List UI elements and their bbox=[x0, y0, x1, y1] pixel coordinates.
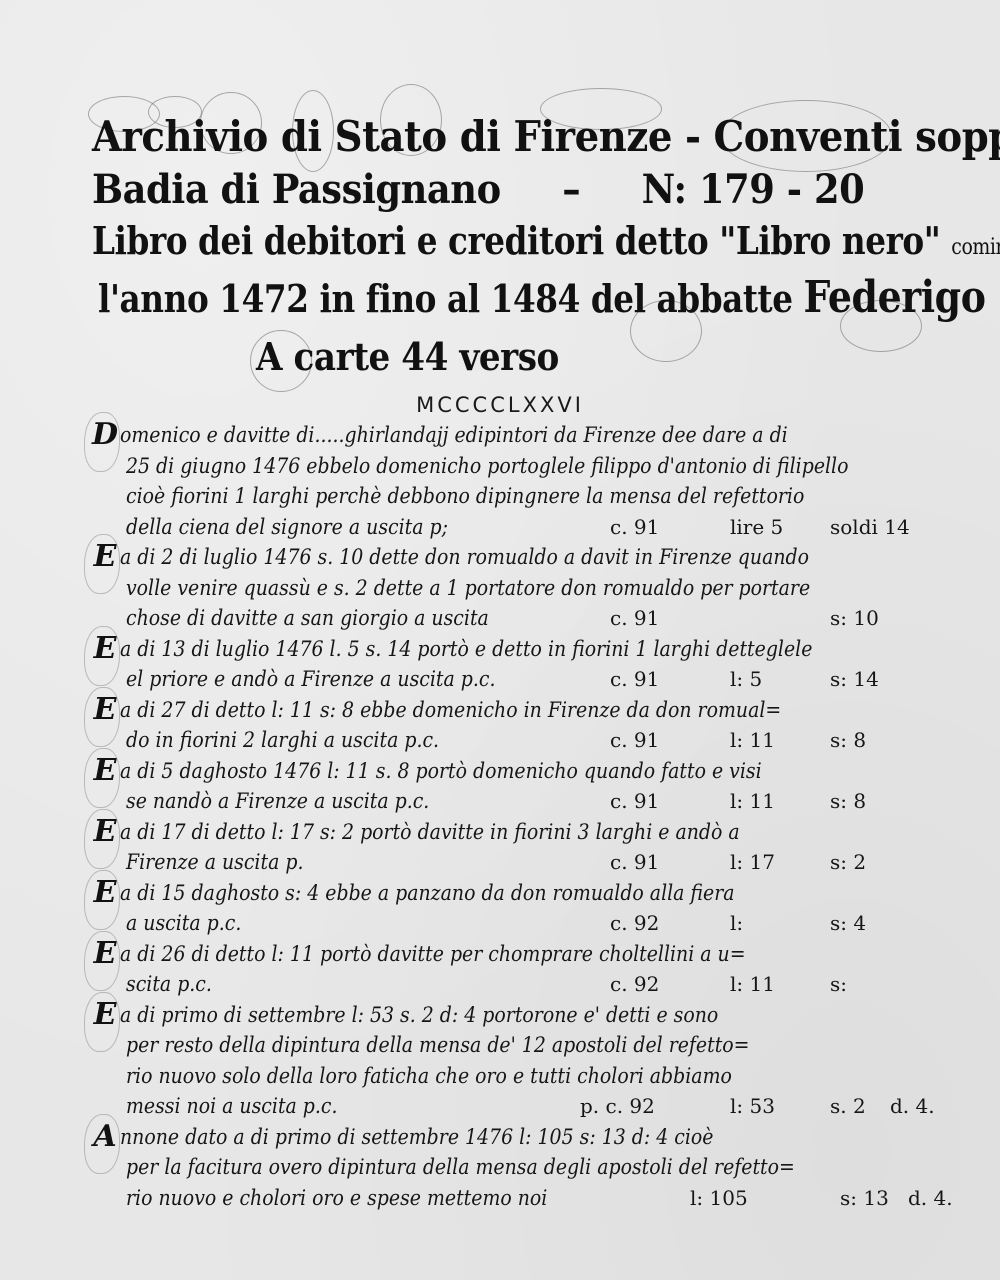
entry-line: do in fiorini 2 larghi a uscita p.c. c. … bbox=[90, 725, 970, 756]
heading-number: N: 179 - 20 bbox=[642, 166, 865, 213]
amount-soldi: s: 8 bbox=[830, 725, 866, 755]
amount-lire: l: 11 bbox=[730, 969, 775, 999]
decorated-initial: E bbox=[90, 693, 120, 727]
ledger-entry: E a di 15 daghosto s: 4 ebbe a panzano d… bbox=[90, 878, 970, 939]
entry-line: della ciena del signore a uscita p; c. 9… bbox=[90, 512, 970, 543]
heading-cominciato: cominciato bbox=[951, 235, 1000, 260]
amount-soldi: s: 14 bbox=[830, 664, 879, 694]
ledger-entries: D omenico e davitte di.....ghirlandajj e… bbox=[90, 420, 970, 1213]
amount-soldi: s: 10 bbox=[830, 603, 879, 633]
entry-line: E a di 13 di luglio 1476 l. 5 s. 14 port… bbox=[90, 634, 970, 665]
amount-carta: c. 91 bbox=[610, 512, 659, 542]
ledger-entry: D omenico e davitte di.....ghirlandajj e… bbox=[90, 420, 970, 542]
ledger-entry: E a di 27 di detto l: 11 s: 8 ebbe domen… bbox=[90, 695, 970, 756]
entry-line: Firenze a uscita p. c. 91 l: 17 s: 2 bbox=[90, 847, 970, 878]
heading-carte: A carte 44 verso bbox=[256, 334, 559, 379]
entry-line: messi noi a uscita p.c. p. c. 92 l: 53 s… bbox=[90, 1091, 970, 1122]
heading-archive-line: Archivio di Stato di Firenze - Conventi … bbox=[92, 112, 1000, 161]
decorated-initial: D bbox=[90, 418, 120, 452]
ledger-entry: E a di primo di settembre l: 53 s. 2 d: … bbox=[90, 1000, 970, 1122]
amount-lire: l: 105 bbox=[690, 1183, 748, 1213]
entry-line: E a di 2 di luglio 1476 s. 10 dette don … bbox=[90, 542, 970, 573]
decorated-initial: E bbox=[90, 998, 120, 1032]
amount-soldi: s: 2 bbox=[830, 847, 866, 877]
entry-line: rio nuovo e cholori oro e spese mettemo … bbox=[90, 1183, 970, 1214]
manuscript-page: Archivio di Stato di Firenze - Conventi … bbox=[0, 0, 1000, 1280]
amount-carta: c. 91 bbox=[610, 664, 659, 694]
ledger-entry: E a di 5 daghosto 1476 l: 11 s. 8 portò … bbox=[90, 756, 970, 817]
ledger-entry: E a di 17 di detto l: 17 s: 2 portò davi… bbox=[90, 817, 970, 878]
entry-line: A nnone dato a di primo di settembre 147… bbox=[90, 1122, 970, 1153]
amount-soldi: s: 4 bbox=[830, 908, 866, 938]
amount-carta: c. 91 bbox=[610, 847, 659, 877]
heading-dash: – bbox=[562, 166, 580, 213]
entry-line: el priore e andò a Firenze a uscita p.c.… bbox=[90, 664, 970, 695]
amount-lire: l: 5 bbox=[730, 664, 762, 694]
decorated-initial: E bbox=[90, 876, 120, 910]
decorated-initial: A bbox=[90, 1120, 120, 1154]
decorated-initial: E bbox=[90, 937, 120, 971]
amount-denari: d. 4. bbox=[908, 1183, 953, 1213]
ledger-entry: E a di 13 di luglio 1476 l. 5 s. 14 port… bbox=[90, 634, 970, 695]
heading-abbot-name: Federigo Del Sera bbox=[804, 272, 1000, 323]
entry-line: scita p.c. c. 92 l: 11 s: bbox=[90, 969, 970, 1000]
amount-carta: c. 92 bbox=[610, 969, 659, 999]
amount-soldi: s: 13 bbox=[840, 1183, 889, 1213]
decorated-initial: E bbox=[90, 632, 120, 666]
amount-soldi: soldi 14 bbox=[830, 512, 910, 542]
amount-lire: lire 5 bbox=[730, 512, 783, 542]
amount-soldi: s: 8 bbox=[830, 786, 866, 816]
entry-line: E a di 17 di detto l: 17 s: 2 portò davi… bbox=[90, 817, 970, 848]
amount-lire: l: 11 bbox=[730, 725, 775, 755]
amount-carta: c. 91 bbox=[610, 603, 659, 633]
entry-line: a uscita p.c. c. 92 l: s: 4 bbox=[90, 908, 970, 939]
entry-line: rio nuovo solo della loro faticha che or… bbox=[90, 1061, 970, 1092]
heading-badia: Badia di Passignano bbox=[92, 166, 501, 213]
amount-denari: d. 4. bbox=[890, 1091, 935, 1121]
entry-line: E a di 5 daghosto 1476 l: 11 s. 8 portò … bbox=[90, 756, 970, 787]
entry-line: E a di 26 di detto l: 11 portò davitte p… bbox=[90, 939, 970, 970]
amount-carta: c. 92 bbox=[610, 908, 659, 938]
decorated-initial: E bbox=[90, 540, 120, 574]
amount-lire: l: 53 bbox=[730, 1091, 775, 1121]
entry-line: D omenico e davitte di.....ghirlandajj e… bbox=[90, 420, 970, 451]
decorated-initial: E bbox=[90, 754, 120, 788]
amount-lire: l: 11 bbox=[730, 786, 775, 816]
amount-soldi: s: bbox=[830, 969, 847, 999]
ledger-entry: E a di 26 di detto l: 11 portò davitte p… bbox=[90, 939, 970, 1000]
heading-libro-line: Libro dei debitori e creditori detto "Li… bbox=[92, 218, 1000, 263]
entry-line: E a di 27 di detto l: 11 s: 8 ebbe domen… bbox=[90, 695, 970, 726]
year-roman-numeral: MCCCCLXXVI bbox=[0, 393, 1000, 417]
ledger-entry: E a di 2 di luglio 1476 s. 10 dette don … bbox=[90, 542, 970, 634]
entry-line: E a di primo di settembre l: 53 s. 2 d: … bbox=[90, 1000, 970, 1031]
entry-line: E a di 15 daghosto s: 4 ebbe a panzano d… bbox=[90, 878, 970, 909]
amount-lire: l: bbox=[730, 908, 743, 938]
entry-line: volle venire quassù e s. 2 dette a 1 por… bbox=[90, 573, 970, 604]
entry-line: per resto della dipintura della mensa de… bbox=[90, 1030, 970, 1061]
heading-badia-line: Badia di Passignano – N: 179 - 20 bbox=[92, 166, 864, 213]
entry-line: se nandò a Firenze a uscita p.c. c. 91 l… bbox=[90, 786, 970, 817]
amount-soldi: s. 2 bbox=[830, 1091, 866, 1121]
heading-libro-title: Libro dei debitori e creditori detto "Li… bbox=[92, 218, 940, 263]
entry-line: chose di davitte a san giorgio a uscita … bbox=[90, 603, 970, 634]
entry-line: per la facitura overo dipintura della me… bbox=[90, 1152, 970, 1183]
heading-anno-line: l'anno 1472 in fino al 1484 del abbatte … bbox=[98, 272, 1000, 323]
ledger-entry: A nnone dato a di primo di settembre 147… bbox=[90, 1122, 970, 1214]
heading-anno: l'anno 1472 in fino al 1484 del abbatte bbox=[98, 276, 793, 321]
decorated-initial: E bbox=[90, 815, 120, 849]
amount-carta: c. 91 bbox=[610, 725, 659, 755]
amount-carta: p. c. 92 bbox=[580, 1091, 655, 1121]
entry-line: cioè fiorini 1 larghi perchè debbono dip… bbox=[90, 481, 970, 512]
entry-line: 25 di giugno 1476 ebbelo domenicho porto… bbox=[90, 451, 970, 482]
amount-carta: c. 91 bbox=[610, 786, 659, 816]
amount-lire: l: 17 bbox=[730, 847, 775, 877]
